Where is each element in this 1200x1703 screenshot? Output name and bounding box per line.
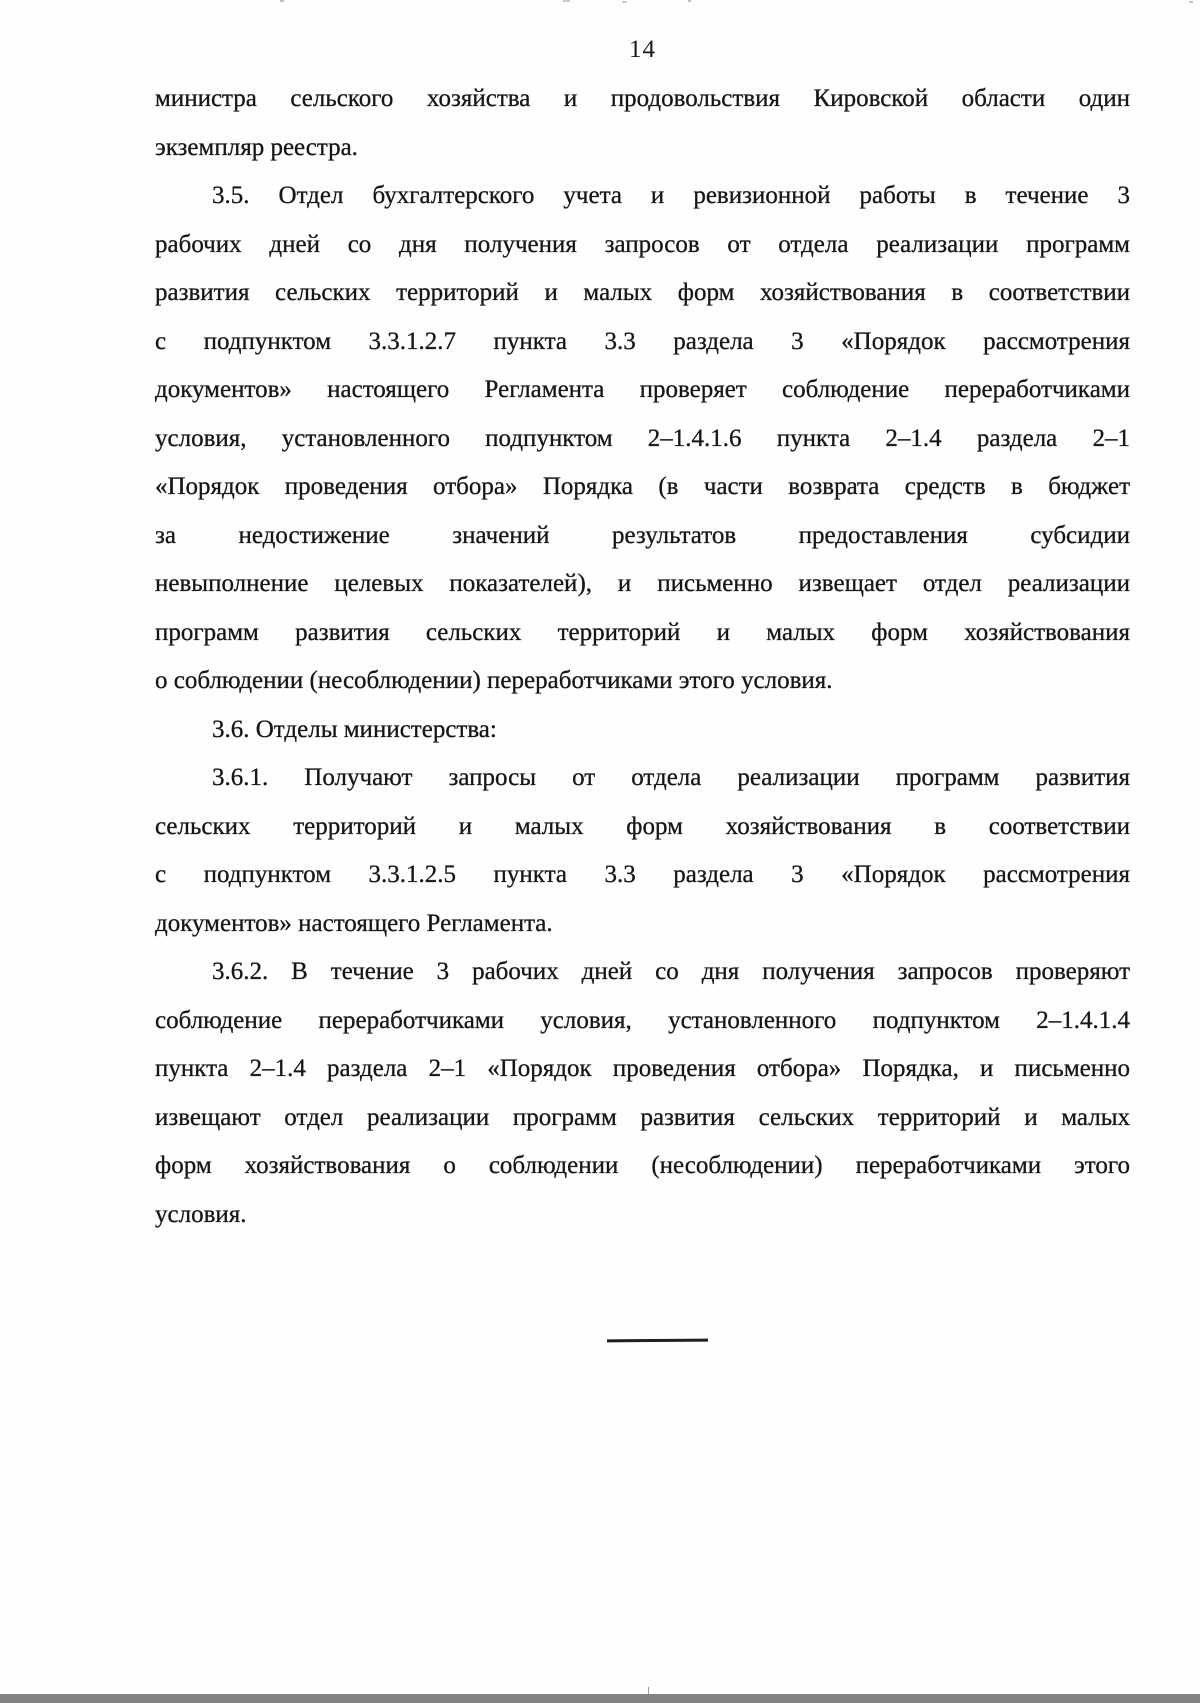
text-line: пункта 2–1.4 раздела 2–1 «Порядок провед… <box>155 1045 1130 1094</box>
scan-artifact <box>622 1 627 3</box>
text-line: форм хозяйствования о соблюдении (несобл… <box>155 1142 1130 1191</box>
text-line: невыполнение целевых показателей), и пис… <box>155 560 1130 609</box>
text-line: развития сельских территорий и малых фор… <box>155 269 1130 318</box>
text-line: «Порядок проведения отбора» Порядка (в ч… <box>155 463 1130 512</box>
text-line: документов» настоящего Регламента. <box>155 900 1130 949</box>
text-line: 3.6. Отделы министерства: <box>155 706 1130 755</box>
text-line: министра сельского хозяйства и продоволь… <box>155 75 1130 124</box>
text-line: с подпунктом 3.3.1.2.5 пункта 3.3 раздел… <box>155 851 1130 900</box>
text-line: документов» настоящего Регламента провер… <box>155 366 1130 415</box>
text-line: извещают отдел реализации программ разви… <box>155 1094 1130 1143</box>
text-line: условия, установленного подпунктом 2–1.4… <box>155 415 1130 464</box>
text-line: о соблюдении (несоблюдении) переработчик… <box>155 657 1130 706</box>
text-line: с подпунктом 3.3.1.2.7 пункта 3.3 раздел… <box>155 318 1130 367</box>
scan-artifact <box>563 0 570 2</box>
text-line: экземпляр реестра. <box>155 124 1130 173</box>
text-line: 3.6.1. Получают запросы от отдела реализ… <box>155 754 1130 803</box>
scanner-edge-bar <box>0 1694 1200 1703</box>
scan-artifact <box>1189 1 1193 3</box>
section-divider-rule <box>607 1339 708 1343</box>
text-line: соблюдение переработчиками условия, уста… <box>155 997 1130 1046</box>
text-line: программ развития сельских территорий и … <box>155 609 1130 658</box>
paragraph-3-6-1: 3.6.1. Получают запросы от отдела реализ… <box>155 754 1130 948</box>
document-body: министра сельского хозяйства и продоволь… <box>155 75 1130 1239</box>
paragraph-3-5: 3.5. Отдел бухгалтерского учета и ревизи… <box>155 172 1130 706</box>
page-number: 14 <box>155 36 1130 64</box>
paragraph-3-6: 3.6. Отделы министерства: <box>155 706 1130 755</box>
text-line: сельских территорий и малых форм хозяйст… <box>155 803 1130 852</box>
paragraph-continuation: министра сельского хозяйства и продоволь… <box>155 75 1130 172</box>
text-line: за недостижение значений результатов пре… <box>155 512 1130 561</box>
text-line: условия. <box>155 1191 1130 1240</box>
scan-artifact <box>648 1687 649 1694</box>
text-line: 3.5. Отдел бухгалтерского учета и ревизи… <box>155 172 1130 221</box>
scan-artifact <box>688 0 691 2</box>
document-page: 14 министра сельского хозяйства и продов… <box>0 0 1200 1703</box>
text-line: 3.6.2. В течение 3 рабочих дней со дня п… <box>155 948 1130 997</box>
paragraph-3-6-2: 3.6.2. В течение 3 рабочих дней со дня п… <box>155 948 1130 1239</box>
scan-artifact <box>280 0 284 2</box>
text-line: рабочих дней со дня получения запросов о… <box>155 221 1130 270</box>
